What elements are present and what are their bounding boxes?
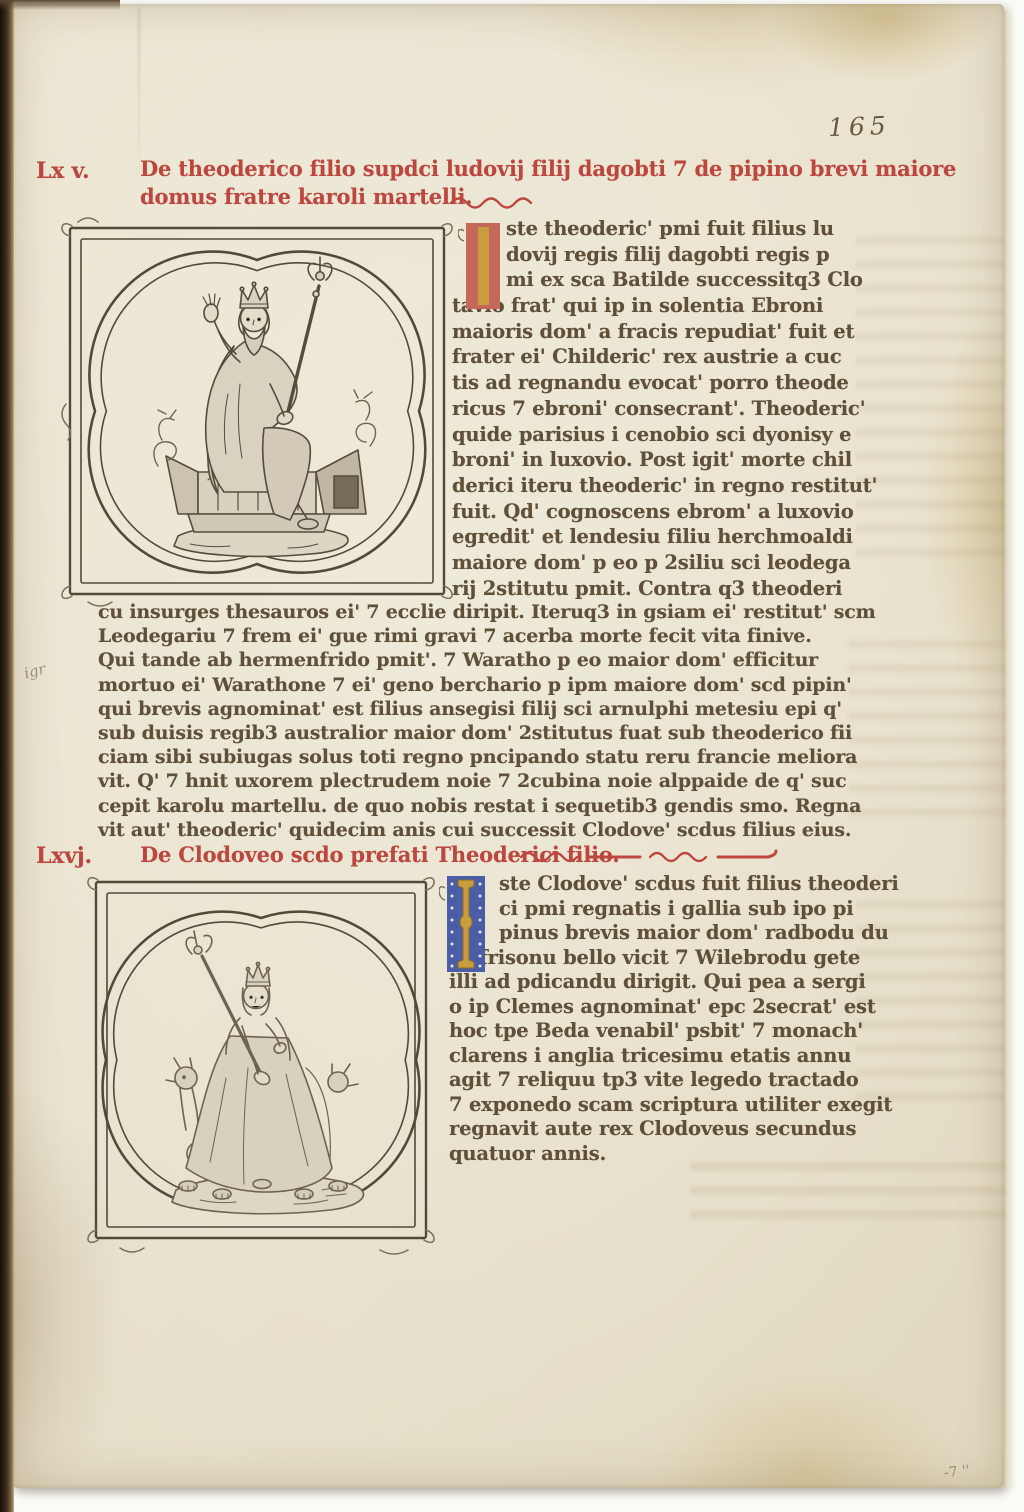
text-line: rij 2stitutu pmit. Contra q3 theoderi [452,577,880,603]
text-line: o ip Clemes agnominat' epc 2secrat' est [449,995,877,1020]
text-line: ste theoderic' pmi fuit filius lu [452,217,880,243]
text-line: frater ei' Childeric' rex austrie a cuc [452,345,880,371]
text-line: agit 7 reliquu tp3 vite legedo tractado [449,1068,877,1093]
text-line: 7 exponedo scam scriptura utiliter exegi… [449,1093,877,1118]
text-line: maioris dom' a fracis repudiat' fuit et [452,320,880,346]
king-figure [166,931,364,1214]
text-line: illi ad pdicandu dirigit. Qui pea a serg… [449,970,877,995]
text-line: tavio frat' qui ip in solentia Ebroni [452,294,880,320]
rubric-filler-squiggle-icon [518,848,780,866]
text-line: vit. Q' 7 hnit uxorem plectrudem noie 7 … [98,770,912,794]
text-line: egredit' et lendesiu filiu herchmoaldi [452,525,880,551]
text-line: derici iteru theoderic' in regno restitu… [452,474,880,500]
miniature-clodoveus [80,868,452,1260]
text-line: mortuo ei' Warathone 7 ei' geno berchari… [98,674,912,698]
page-top-shadow [0,0,120,10]
text-line: fuit. Qd' cognoscens ebrom' a luxovio [452,500,880,526]
chapter1-rubric-line2: domus fratre karoli martelli. [140,183,472,210]
text-line: hoc tpe Beda venabil' psbit' 7 monach' [449,1019,877,1044]
text-line: Leodegariu 7 frem ei' gue rimi gravi 7 a… [98,625,912,649]
text-line: sub duisis regib3 australior maior dom' … [98,722,912,746]
text-line: quide parisius i cenobio sci dyonisy e [452,423,880,449]
text-line: dovij regis filij dagobti regis p [452,243,880,269]
chapter1-number: Lx v. [36,158,89,184]
miniature-theodericus [58,214,456,610]
text-line: ci pmi regnatis i gallia sub ipo pi [449,897,877,922]
text-line: maiore dom' p eo p 2siliu sci leodega [452,551,880,577]
text-line: pinus brevis maior dom' radbodu du [449,921,877,946]
chapter2-column: ste Clodove' scdus fuit filius theoderi … [449,872,877,1166]
text-line: cu insurges thesauros ei' 7 ecclie dirip… [98,601,912,625]
illuminated-initial-blue-I [439,874,491,976]
folio-number: 165 [828,111,892,142]
rubric-filler-squiggle-icon [448,194,540,210]
chapter2-number: Lxvj. [36,843,92,869]
book-spine [0,0,14,1512]
verso-showthrough [690,1162,1006,1220]
text-line: ce frisonu bello vicit 7 Wilebrodu gete [449,946,877,971]
illuminated-initial-red-I [458,221,504,311]
text-line: ricus 7 ebroni' consecrant'. Theoderic' [452,397,880,423]
text-line: tis ad regnandu evocat' porro theode [452,371,880,397]
corner-mark: -7 '' [943,1463,970,1482]
text-line: regnavit aute rex Clodoveus secundus [449,1117,877,1142]
text-line: cepit karolu martellu. de quo nobis rest… [98,795,912,819]
text-line: mi ex sca Batilde successitq3 Clo [452,268,880,294]
chapter1-column: ste theoderic' pmi fuit filius lu dovij … [452,217,880,602]
text-line: qui brevis agnominat' est filius ansegis… [98,698,912,722]
chapter1-fullwidth: cu insurges thesauros ei' 7 ecclie dirip… [98,601,912,843]
manuscript-photo: 165 Lx v. De theoderico filio supdci lud… [0,0,1024,1512]
text-line: vit aut' theoderic' quidecim anis cui su… [98,819,912,843]
text-line: Qui tande ab hermenfrido pmit'. 7 Warath… [98,649,912,673]
text-line: ste Clodove' scdus fuit filius theoderi [449,872,877,897]
text-line: ciam sibi subiugas solus toti regno pnci… [98,746,912,770]
text-line: quatuor annis. [449,1142,877,1167]
king-figure [166,257,366,556]
chapter1-rubric-line1: De theoderico filio supdci ludovij filij… [140,155,956,182]
text-line: broni' in luxovio. Post igit' morte chil [452,448,880,474]
text-line: clarens i anglia tricesimu etatis annu [449,1044,877,1069]
